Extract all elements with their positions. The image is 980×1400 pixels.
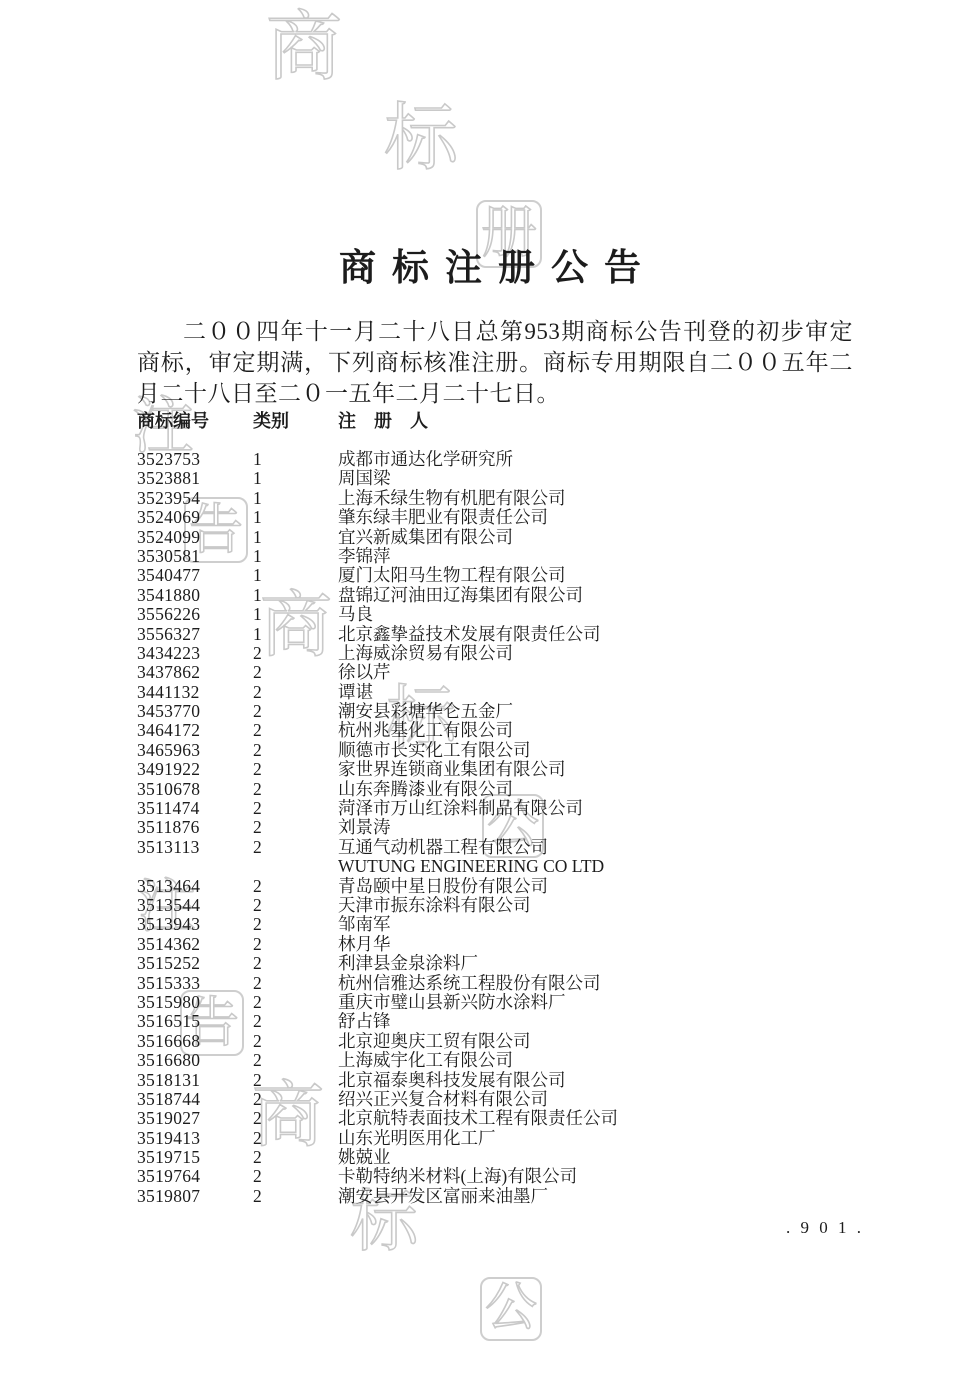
cell-class: 1 [253, 547, 338, 566]
table-row: 3515252 2 利津县金泉涂料厂 [137, 954, 853, 973]
cell-trademark-number: 3524099 [137, 528, 253, 547]
cell-class: 2 [253, 1187, 338, 1206]
table-row: 3541880 1 盘锦辽河油田辽海集团有限公司 [137, 586, 853, 605]
intro-paragraph: 二００四年十一月二十八日总第953期商标公告刊登的初步审定商标，审定期满，下列商… [137, 316, 853, 409]
cell-registrant: 林月华 [338, 935, 853, 954]
cell-class: 1 [253, 508, 338, 527]
cell-trademark-number: 3523881 [137, 469, 253, 488]
cell-registrant: 山东奔腾漆业有限公司 [338, 780, 853, 799]
cell-registrant: 杭州信雅达系统工程股份有限公司 [338, 974, 853, 993]
cell-registrant: 山东光明医用化工厂 [338, 1129, 853, 1148]
cell-registrant: 青岛颐中星日股份有限公司 [338, 877, 853, 896]
cell-class: 2 [253, 683, 338, 702]
cell-trademark-number: 3519413 [137, 1129, 253, 1148]
cell-registrant: 盘锦辽河油田辽海集团有限公司 [338, 586, 853, 605]
cell-class: 2 [253, 644, 338, 663]
cell-trademark-number: 3556226 [137, 605, 253, 624]
cell-registrant: 上海威涂贸易有限公司 [338, 644, 853, 663]
table-row: 3516680 2 上海威宇化工有限公司 [137, 1051, 853, 1070]
table-row: 3513464 2 青岛颐中星日股份有限公司 [137, 877, 853, 896]
cell-class: 2 [253, 915, 338, 934]
table-row: 3524069 1 肇东绿丰肥业有限责任公司 [137, 508, 853, 527]
cell-class: 2 [253, 1012, 338, 1031]
table-row: 3523881 1 周国梁 [137, 469, 853, 488]
cell-registrant: 姚兢业 [338, 1148, 853, 1167]
cell-trademark-number: 3518744 [137, 1090, 253, 1109]
cell-registrant: 绍兴正兴复合材料有限公司 [338, 1090, 853, 1109]
table-row: 3519413 2 山东光明医用化工厂 [137, 1129, 853, 1148]
table-row: 3518744 2 绍兴正兴复合材料有限公司 [137, 1090, 853, 1109]
table-row: 3519027 2 北京航特表面技术工程有限责任公司 [137, 1109, 853, 1128]
cell-trademark-number: 3519764 [137, 1167, 253, 1186]
table-row: 3511474 2 菏泽市万山红涂料制品有限公司 [137, 799, 853, 818]
cell-class: 2 [253, 799, 338, 818]
cell-class: 1 [253, 469, 338, 488]
cell-trademark-number: 3464172 [137, 721, 253, 740]
table-row: 3515333 2 杭州信雅达系统工程股份有限公司 [137, 974, 853, 993]
cell-trademark-number: 3541880 [137, 586, 253, 605]
cell-trademark-number: 3453770 [137, 702, 253, 721]
cell-trademark-number: 3519807 [137, 1187, 253, 1206]
cell-class: 2 [253, 896, 338, 915]
cell-registrant: 北京鑫挚益技术发展有限责任公司 [338, 625, 853, 644]
table-row: 3515980 2 重庆市璧山县新兴防水涂料厂 [137, 993, 853, 1012]
page-title: 商标注册公告 [0, 237, 980, 291]
cell-class: 2 [253, 993, 338, 1012]
table-row: 3519764 2 卡勒特纳米材料(上海)有限公司 [137, 1167, 853, 1186]
cell-trademark-number: 3516515 [137, 1012, 253, 1031]
cell-registrant: 卡勒特纳米材料(上海)有限公司 [338, 1167, 853, 1186]
cell-registrant: 潮安县开发区富丽来油墨厂 [338, 1187, 853, 1206]
cell-trademark-number: 3513544 [137, 896, 253, 915]
cell-registrant: WUTUNG ENGINEERING CO LTD [338, 857, 853, 876]
table-row: 3441132 2 谭谌 [137, 683, 853, 702]
cell-registrant: 谭谌 [338, 683, 853, 702]
cell-class: 2 [253, 1051, 338, 1070]
cell-registrant: 邹南军 [338, 915, 853, 934]
cell-class: 2 [253, 721, 338, 740]
table-row: 3516668 2 北京迎奥庆工贸有限公司 [137, 1032, 853, 1051]
cell-trademark-number: 3524069 [137, 508, 253, 527]
cell-registrant: 上海禾绿生物有机肥有限公司 [338, 489, 853, 508]
table-body: 3523753 1 成都市通达化学研究所 3523881 1 周国梁 35239… [137, 450, 853, 1206]
cell-trademark-number: 3515252 [137, 954, 253, 973]
cell-registrant: 上海威宇化工有限公司 [338, 1051, 853, 1070]
cell-class: 2 [253, 780, 338, 799]
cell-registrant: 李锦萍 [338, 547, 853, 566]
table-row: 3523954 1 上海禾绿生物有机肥有限公司 [137, 489, 853, 508]
cell-class: 2 [253, 954, 338, 973]
cell-registrant: 肇东绿丰肥业有限责任公司 [338, 508, 853, 527]
table-row: 3523753 1 成都市通达化学研究所 [137, 450, 853, 469]
cell-trademark-number [137, 857, 253, 876]
cell-registrant: 马良 [338, 605, 853, 624]
cell-trademark-number: 3523954 [137, 489, 253, 508]
cell-registrant: 徐以芹 [338, 663, 853, 682]
cell-registrant: 菏泽市万山红涂料制品有限公司 [338, 799, 853, 818]
cell-trademark-number: 3515333 [137, 974, 253, 993]
cell-trademark-number: 3510678 [137, 780, 253, 799]
cell-registrant: 潮安县彩塘华仑五金厂 [338, 702, 853, 721]
table-row: 3540477 1 厦门太阳马生物工程有限公司 [137, 566, 853, 585]
cell-trademark-number: 3465963 [137, 741, 253, 760]
table-row: 3556226 1 马良 [137, 605, 853, 624]
table-row: 3491922 2 家世界连锁商业集团有限公司 [137, 760, 853, 779]
cell-class: 2 [253, 1129, 338, 1148]
table-row: 3513113 2 互通气动机器工程有限公司 [137, 838, 853, 857]
cell-class: 1 [253, 450, 338, 469]
cell-class: 2 [253, 1032, 338, 1051]
cell-trademark-number: 3513113 [137, 838, 253, 857]
cell-class: 2 [253, 1109, 338, 1128]
cell-class: 2 [253, 1148, 338, 1167]
cell-registrant: 北京福泰奥科技发展有限公司 [338, 1071, 853, 1090]
cell-trademark-number: 3441132 [137, 683, 253, 702]
table-row: 3434223 2 上海威涂贸易有限公司 [137, 644, 853, 663]
cell-registrant: 宜兴新威集团有限公司 [338, 528, 853, 547]
cell-class: 2 [253, 1071, 338, 1090]
table-row: 3518131 2 北京福泰奥科技发展有限公司 [137, 1071, 853, 1090]
cell-trademark-number: 3523753 [137, 450, 253, 469]
table-row: 3524099 1 宜兴新威集团有限公司 [137, 528, 853, 547]
cell-registrant: 重庆市璧山县新兴防水涂料厂 [338, 993, 853, 1012]
cell-trademark-number: 3437862 [137, 663, 253, 682]
cell-registrant: 北京迎奥庆工贸有限公司 [338, 1032, 853, 1051]
cell-trademark-number: 3540477 [137, 566, 253, 585]
cell-class: 2 [253, 702, 338, 721]
cell-class: 1 [253, 528, 338, 547]
cell-registrant: 互通气动机器工程有限公司 [338, 838, 853, 857]
table-row: 3514362 2 林月华 [137, 935, 853, 954]
table-row: 3464172 2 杭州兆基化工有限公司 [137, 721, 853, 740]
cell-registrant: 成都市通达化学研究所 [338, 450, 853, 469]
cell-registrant: 厦门太阳马生物工程有限公司 [338, 566, 853, 585]
cell-trademark-number: 3515980 [137, 993, 253, 1012]
table-row: 3556327 1 北京鑫挚益技术发展有限责任公司 [137, 625, 853, 644]
table-row: 3453770 2 潮安县彩塘华仑五金厂 [137, 702, 853, 721]
cell-class: 2 [253, 935, 338, 954]
cell-class: 2 [253, 838, 338, 857]
cell-class: 1 [253, 625, 338, 644]
cell-registrant: 北京航特表面技术工程有限责任公司 [338, 1109, 853, 1128]
cell-class: 2 [253, 1090, 338, 1109]
document-page: 商标册注告商标公注告商标公 商标注册公告 二００四年十一月二十八日总第953期商… [0, 0, 980, 1400]
cell-class: 2 [253, 663, 338, 682]
cell-class: 2 [253, 818, 338, 837]
table-row: 3511876 2 刘景涛 [137, 818, 853, 837]
cell-trademark-number: 3516668 [137, 1032, 253, 1051]
cell-trademark-number: 3513464 [137, 877, 253, 896]
header-registrant: 注 册 人 [338, 411, 853, 432]
cell-trademark-number: 3519027 [137, 1109, 253, 1128]
page-number: . 9 0 1 . [786, 1218, 864, 1238]
cell-trademark-number: 3491922 [137, 760, 253, 779]
trademark-table: 商标编号 类别 注 册 人 3523753 1 成都市通达化学研究所 35238… [137, 411, 853, 1206]
cell-registrant: 天津市振东涂料有限公司 [338, 896, 853, 915]
cell-class: 2 [253, 1167, 338, 1186]
table-row: 3513544 2 天津市振东涂料有限公司 [137, 896, 853, 915]
table-row: WUTUNG ENGINEERING CO LTD [137, 857, 853, 876]
cell-registrant: 舒占锋 [338, 1012, 853, 1031]
table-row: 3513943 2 邹南军 [137, 915, 853, 934]
table-row: 3437862 2 徐以芹 [137, 663, 853, 682]
table-row: 3530581 1 李锦萍 [137, 547, 853, 566]
table-row: 3519715 2 姚兢业 [137, 1148, 853, 1167]
header-class: 类别 [253, 411, 338, 432]
cell-class: 2 [253, 760, 338, 779]
cell-trademark-number: 3511474 [137, 799, 253, 818]
cell-trademark-number: 3514362 [137, 935, 253, 954]
table-header: 商标编号 类别 注 册 人 [137, 411, 853, 432]
cell-registrant: 利津县金泉涂料厂 [338, 954, 853, 973]
table-row: 3510678 2 山东奔腾漆业有限公司 [137, 780, 853, 799]
cell-class: 1 [253, 586, 338, 605]
table-row: 3519807 2 潮安县开发区富丽来油墨厂 [137, 1187, 853, 1206]
cell-class [253, 857, 338, 876]
cell-trademark-number: 3516680 [137, 1051, 253, 1070]
cell-class: 2 [253, 974, 338, 993]
table-row: 3516515 2 舒占锋 [137, 1012, 853, 1031]
header-trademark-number: 商标编号 [137, 411, 253, 432]
cell-registrant: 顺德市长实化工有限公司 [338, 741, 853, 760]
cell-class: 1 [253, 566, 338, 585]
cell-trademark-number: 3511876 [137, 818, 253, 837]
cell-class: 1 [253, 489, 338, 508]
cell-trademark-number: 3519715 [137, 1148, 253, 1167]
cell-trademark-number: 3556327 [137, 625, 253, 644]
cell-class: 2 [253, 877, 338, 896]
cell-trademark-number: 3434223 [137, 644, 253, 663]
cell-trademark-number: 3518131 [137, 1071, 253, 1090]
cell-trademark-number: 3530581 [137, 547, 253, 566]
cell-class: 1 [253, 605, 338, 624]
cell-registrant: 家世界连锁商业集团有限公司 [338, 760, 853, 779]
cell-registrant: 刘景涛 [338, 818, 853, 837]
cell-trademark-number: 3513943 [137, 915, 253, 934]
cell-registrant: 杭州兆基化工有限公司 [338, 721, 853, 740]
table-row: 3465963 2 顺德市长实化工有限公司 [137, 741, 853, 760]
cell-registrant: 周国梁 [338, 469, 853, 488]
cell-class: 2 [253, 741, 338, 760]
